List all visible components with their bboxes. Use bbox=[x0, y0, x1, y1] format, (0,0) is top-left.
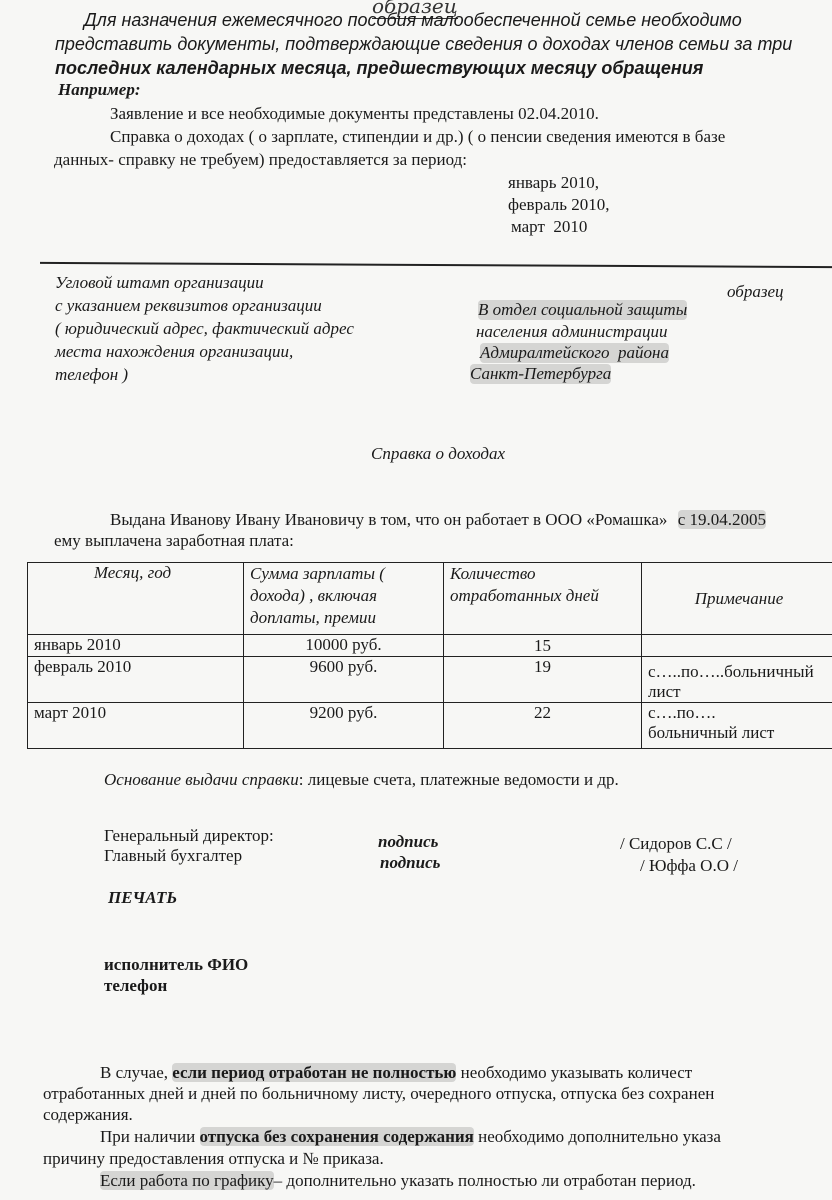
cell-note: с….по…. больничный лист bbox=[642, 703, 832, 749]
intro-line-1: Для назначения ежемесячного пособия мало… bbox=[84, 10, 742, 31]
intro-line-3: последних календарных месяца, предшеству… bbox=[55, 58, 703, 79]
table-row: март 2010 9200 руб. 22 с….по…. больничны… bbox=[28, 703, 832, 749]
income-table: Месяц, год Сумма зарплаты ( дохода) , вк… bbox=[27, 562, 832, 749]
note-highlight: отпуска без сохранения содержания bbox=[200, 1127, 474, 1146]
addressee-line: Санкт-Петербурга bbox=[470, 364, 611, 384]
stamp-label: ПЕЧАТЬ bbox=[108, 888, 177, 908]
cell-days: 15 bbox=[444, 635, 642, 657]
note-highlight: Если работа по графику bbox=[100, 1171, 274, 1190]
cell-days: 19 bbox=[444, 657, 642, 703]
intro-paragraph-2-line-2: данных- справку не требуем) предоставляе… bbox=[54, 150, 467, 170]
header-amount: Сумма зарплаты ( дохода) , включая допла… bbox=[244, 563, 444, 635]
note-1-line-1: В случае, если период отработан не полно… bbox=[100, 1063, 692, 1083]
basis-text: : лицевые счета, платежные ведомости и д… bbox=[299, 770, 619, 789]
note-1-line-3: содержания. bbox=[43, 1105, 133, 1125]
document-title: Справка о доходах bbox=[371, 444, 505, 464]
cell-amount: 9200 руб. bbox=[244, 703, 444, 749]
issued-line-2: ему выплачена заработная плата: bbox=[54, 531, 294, 551]
cell-month: март 2010 bbox=[28, 703, 244, 749]
note-text: При наличии bbox=[100, 1127, 200, 1146]
signature-name: / Сидоров С.С / bbox=[620, 834, 732, 854]
table-header-row: Месяц, год Сумма зарплаты ( дохода) , вк… bbox=[28, 563, 832, 635]
note-2-line-2: причину предоставления отпуска и № прика… bbox=[43, 1149, 384, 1169]
stamp-line: ( юридический адрес, фактический адрес bbox=[55, 319, 354, 339]
note-text: необходимо указывать количест bbox=[456, 1063, 692, 1082]
table-row: январь 2010 10000 руб. 15 bbox=[28, 635, 832, 657]
intro-paragraph-2-line-1: Справка о доходах ( о зарплате, стипенди… bbox=[110, 127, 725, 147]
stamp-line: телефон ) bbox=[55, 365, 128, 385]
signature-placeholder: подпись bbox=[378, 832, 438, 852]
signature-role: Главный бухгалтер bbox=[104, 846, 242, 866]
header-month: Месяц, год bbox=[28, 563, 244, 635]
cell-amount: 9600 руб. bbox=[244, 657, 444, 703]
signature-placeholder: подпись bbox=[380, 853, 440, 873]
note-1-line-2: отработанных дней и дней по больничному … bbox=[43, 1084, 714, 1104]
header-note: Примечание bbox=[642, 563, 832, 635]
addressee-line: В отдел социальной защиты bbox=[478, 300, 687, 320]
executor-name: исполнитель ФИО bbox=[104, 955, 248, 975]
issued-line-1: Выдана Иванову Ивану Ивановичу в том, чт… bbox=[110, 510, 766, 530]
basis-label: Основание выдачи справки bbox=[104, 770, 299, 789]
period-1: январь 2010, bbox=[508, 173, 599, 193]
sample-label: образец bbox=[727, 282, 784, 302]
intro-line-2: представить документы, подтверждающие св… bbox=[55, 34, 792, 55]
signature-name: / Юффа О.О / bbox=[640, 856, 738, 876]
note-2-line-1: При наличии отпуска без сохранения содер… bbox=[100, 1127, 721, 1147]
intro-paragraph-1: Заявление и все необходимые документы пр… bbox=[110, 104, 599, 124]
addressee-line: населения администрации bbox=[476, 322, 668, 342]
cell-note bbox=[642, 635, 832, 657]
stamp-line: места нахождения организации, bbox=[55, 342, 293, 362]
signature-role: Генеральный директор: bbox=[104, 826, 274, 846]
addressee-line: Адмиралтейского района bbox=[480, 343, 669, 363]
cell-month: январь 2010 bbox=[28, 635, 244, 657]
basis-line: Основание выдачи справки: лицевые счета,… bbox=[104, 770, 619, 790]
stamp-line: с указанием реквизитов организации bbox=[55, 296, 322, 316]
cell-days: 22 bbox=[444, 703, 642, 749]
cell-month: февраль 2010 bbox=[28, 657, 244, 703]
note-text: необходимо дополнительно указа bbox=[474, 1127, 721, 1146]
stamp-line: Угловой штамп организации bbox=[55, 273, 264, 293]
note-highlight: если период отработан не полностью bbox=[172, 1063, 456, 1082]
example-label: Например: bbox=[58, 80, 141, 100]
note-text: – дополнительно указать полностью ли отр… bbox=[274, 1171, 696, 1190]
employment-date: с 19.04.2005 bbox=[678, 510, 766, 529]
note-text: В случае, bbox=[100, 1063, 172, 1082]
period-2: февраль 2010, bbox=[508, 195, 610, 215]
issued-text: Выдана Иванову Ивану Ивановичу в том, чт… bbox=[110, 510, 667, 529]
cell-amount: 10000 руб. bbox=[244, 635, 444, 657]
executor-phone: телефон bbox=[104, 976, 167, 996]
separator-line bbox=[40, 262, 832, 268]
cell-note: с…..по…..больничный лист bbox=[642, 657, 832, 703]
header-days: Количество отработанных дней bbox=[444, 563, 642, 635]
table-row: февраль 2010 9600 руб. 19 с…..по…..больн… bbox=[28, 657, 832, 703]
note-3-line-1: Если работа по графику– дополнительно ук… bbox=[100, 1171, 696, 1191]
period-3: март 2010 bbox=[511, 217, 587, 237]
